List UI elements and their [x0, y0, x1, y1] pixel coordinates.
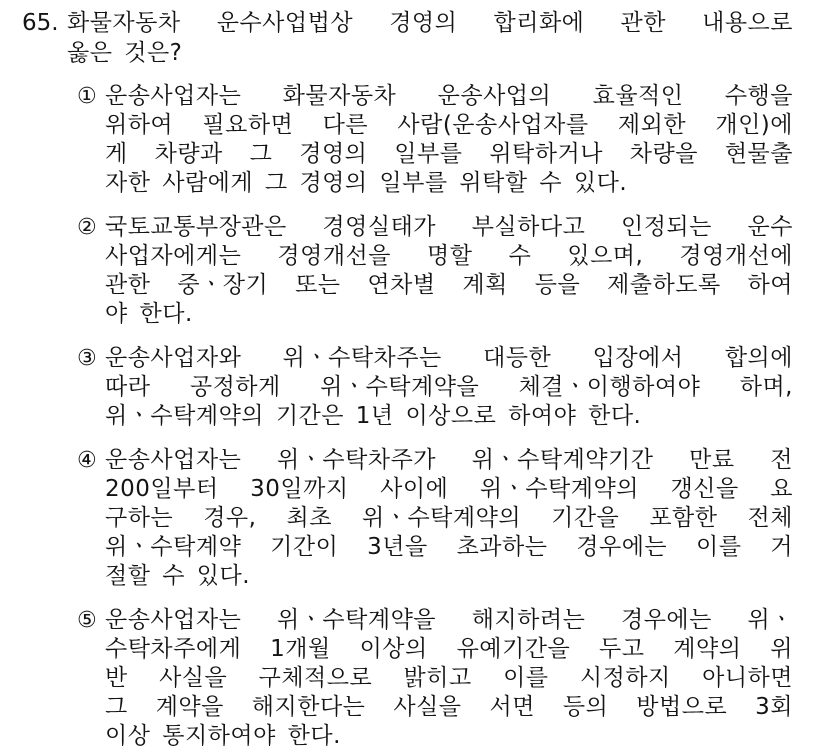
option-1-line: 게 차량과 그 경영의 일부를 위탁하거나 차량을 현물출 — [105, 140, 793, 169]
question-text: 화물자동차 운수사업법상 경영의 합리화에 관한 내용으로 옳은 것은? — [67, 8, 793, 68]
option-5: ⑤ 운송사업자는 위ㆍ수탁계약을 해지하려는 경우에는 위ㆍ 수탁차주에게 1개… — [0, 606, 826, 751]
option-4-line: 구하는 경우, 최초 위ㆍ수탁계약의 기간을 포함한 전체 — [105, 504, 793, 533]
option-3-line: 따라 공정하게 위ㆍ수탁계약을 체결ㆍ이행하여야 하며, — [105, 373, 793, 402]
option-1-line: 위하여 필요하면 다른 사람(운송사업자를 제외한 개인)에 — [105, 111, 793, 140]
option-5-line: 이상 통지하여야 한다. — [105, 722, 793, 751]
question-line: 화물자동차 운수사업법상 경영의 합리화에 관한 내용으로 — [67, 8, 793, 38]
option-2-line: 국토교통부장관은 경영실태가 부실하다고 인정되는 운수 — [105, 213, 793, 242]
question-65: 65. 화물자동차 운수사업법상 경영의 합리화에 관한 내용으로 옳은 것은? — [0, 8, 826, 68]
option-4-circled-number: ④ — [77, 446, 105, 591]
option-5-line: 반 사실을 구체적으로 밝히고 이를 시정하지 아니하면 — [105, 664, 793, 693]
option-2-line: 사업자에게는 경영개선을 명할 수 있으며, 경영개선에 — [105, 242, 793, 271]
option-4-line: 절할 수 있다. — [105, 562, 793, 591]
option-2-circled-number: ② — [77, 213, 105, 329]
option-3-line: 운송사업자와 위ㆍ수탁차주는 대등한 입장에서 합의에 — [105, 344, 793, 373]
option-4-line: 운송사업자는 위ㆍ수탁차주가 위ㆍ수탁계약기간 만료 전 — [105, 446, 793, 475]
option-2: ② 국토교통부장관은 경영실태가 부실하다고 인정되는 운수 사업자에게는 경영… — [0, 213, 826, 329]
option-3-circled-number: ③ — [77, 344, 105, 431]
option-4-line: 200일부터 30일까지 사이에 위ㆍ수탁계약의 갱신을 요 — [105, 475, 793, 504]
option-2-line: 야 한다. — [105, 300, 793, 329]
exam-question-page: 65. 화물자동차 운수사업법상 경영의 합리화에 관한 내용으로 옳은 것은?… — [0, 0, 826, 751]
option-1-text: 운송사업자는 화물자동차 운송사업의 효율적인 수행을 위하여 필요하면 다른 … — [105, 82, 793, 198]
option-1-line: 자한 사람에게 그 경영의 일부를 위탁할 수 있다. — [105, 169, 793, 198]
option-3-line: 위ㆍ수탁계약의 기간은 1년 이상으로 하여야 한다. — [105, 402, 793, 431]
option-2-line: 관한 중ㆍ장기 또는 연차별 계획 등을 제출하도록 하여 — [105, 271, 793, 300]
option-3-text: 운송사업자와 위ㆍ수탁차주는 대등한 입장에서 합의에 따라 공정하게 위ㆍ수탁… — [105, 344, 793, 431]
option-2-text: 국토교통부장관은 경영실태가 부실하다고 인정되는 운수 사업자에게는 경영개선… — [105, 213, 793, 329]
option-5-line: 운송사업자는 위ㆍ수탁계약을 해지하려는 경우에는 위ㆍ — [105, 606, 793, 635]
option-5-text: 운송사업자는 위ㆍ수탁계약을 해지하려는 경우에는 위ㆍ 수탁차주에게 1개월 … — [105, 606, 793, 751]
option-1-circled-number: ① — [77, 82, 105, 198]
option-1: ① 운송사업자는 화물자동차 운송사업의 효율적인 수행을 위하여 필요하면 다… — [0, 82, 826, 198]
option-4-line: 위ㆍ수탁계약 기간이 3년을 초과하는 경우에는 이를 거 — [105, 533, 793, 562]
option-1-line: 운송사업자는 화물자동차 운송사업의 효율적인 수행을 — [105, 82, 793, 111]
option-5-line: 수탁차주에게 1개월 이상의 유예기간을 두고 계약의 위 — [105, 635, 793, 664]
option-4: ④ 운송사업자는 위ㆍ수탁차주가 위ㆍ수탁계약기간 만료 전 200일부터 30… — [0, 446, 826, 591]
question-line: 옳은 것은? — [67, 38, 793, 68]
option-4-text: 운송사업자는 위ㆍ수탁차주가 위ㆍ수탁계약기간 만료 전 200일부터 30일까… — [105, 446, 793, 591]
option-3: ③ 운송사업자와 위ㆍ수탁차주는 대등한 입장에서 합의에 따라 공정하게 위ㆍ… — [0, 344, 826, 431]
question-number: 65. — [22, 8, 67, 68]
option-5-circled-number: ⑤ — [77, 606, 105, 751]
option-5-line: 그 계약을 해지한다는 사실을 서면 등의 방법으로 3회 — [105, 693, 793, 722]
